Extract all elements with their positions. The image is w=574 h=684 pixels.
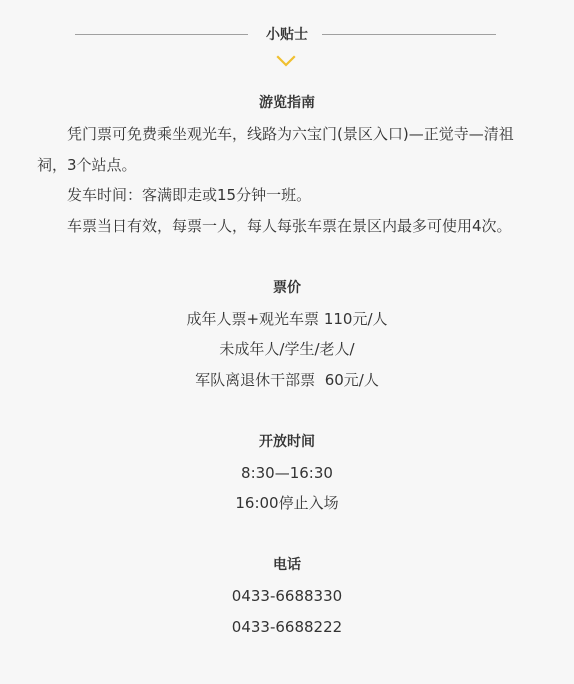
guide-paragraph: 发车时间：客满即走或15分钟一班。	[37, 180, 537, 211]
guide-section: 游览指南 凭门票可免费乘坐观光车，线路为六宝门(景区入口)—正觉寺—清祖祠，3个…	[37, 88, 537, 242]
spacer	[37, 519, 537, 550]
hours-section: 开放时间 8:30—16:30 16:00停止入场	[37, 427, 537, 519]
tips-content: 游览指南 凭门票可免费乘坐观光车，线路为六宝门(景区入口)—正觉寺—清祖祠，3个…	[37, 88, 537, 642]
spacer	[37, 396, 537, 427]
prices-section: 票价 成年人票+观光车票 110元/人 未成年人/学生/老人/ 军队离退休干部票…	[37, 273, 537, 396]
price-line: 军队离退休干部票 60元/人	[37, 365, 537, 396]
section-heading-guide: 游览指南	[37, 88, 537, 119]
section-heading-hours: 开放时间	[37, 427, 537, 458]
tips-title: 小贴士	[0, 24, 574, 46]
divider-right	[322, 34, 496, 35]
price-line: 未成年人/学生/老人/	[37, 334, 537, 365]
phone-number: 0433-6688222	[37, 612, 537, 643]
phone-number: 0433-6688330	[37, 581, 537, 612]
section-heading-phone: 电话	[37, 550, 537, 581]
price-line: 成年人票+观光车票 110元/人	[37, 304, 537, 335]
hours-line: 16:00停止入场	[37, 488, 537, 519]
guide-paragraph: 车票当日有效，每票一人，每人每张车票在景区内最多可使用4次。	[37, 211, 537, 242]
section-heading-prices: 票价	[37, 273, 537, 304]
hours-line: 8:30—16:30	[37, 458, 537, 489]
guide-paragraph: 凭门票可免费乘坐观光车，线路为六宝门(景区入口)—正觉寺—清祖祠，3个站点。	[37, 119, 537, 181]
chevron-down-icon	[276, 54, 296, 68]
phone-section: 电话 0433-6688330 0433-6688222	[37, 550, 537, 642]
tips-header: 小贴士	[0, 24, 574, 46]
spacer	[37, 242, 537, 273]
